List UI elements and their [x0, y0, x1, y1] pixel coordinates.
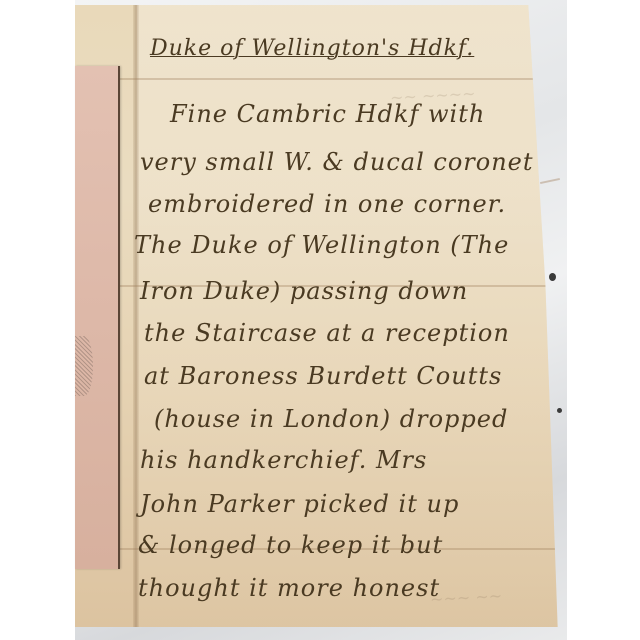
letter-line: very small W. & ducal coronet [140, 148, 534, 176]
bleed-through-text: ~~~ ~~ [430, 586, 503, 609]
card-portrait-sketch [75, 336, 93, 396]
letter-line: John Parker picked it up [140, 490, 459, 518]
horizontal-fold [75, 78, 565, 80]
marble-spot [549, 273, 556, 281]
letter-line: The Duke of Wellington (The [134, 231, 509, 259]
letter-line: his handkerchief. Mrs [140, 446, 427, 474]
letter-line: embroidered in one corner. [148, 190, 506, 218]
letter-line: the Staircase at a reception [144, 319, 510, 347]
letter-line: (house in London) dropped [154, 405, 508, 433]
letter-line: Fine Cambric Hdkf with [170, 100, 485, 128]
letter-line: thought it more honest [138, 574, 440, 602]
letter-line: at Baroness Burdett Coutts [144, 362, 502, 390]
pink-card-insert [75, 66, 120, 569]
letter-heading: Duke of Wellington's Hdkf. [150, 36, 474, 61]
marble-spot [557, 408, 562, 413]
letter-line: & longed to keep it but [138, 531, 443, 559]
letter-line: Iron Duke) passing down [140, 277, 468, 305]
